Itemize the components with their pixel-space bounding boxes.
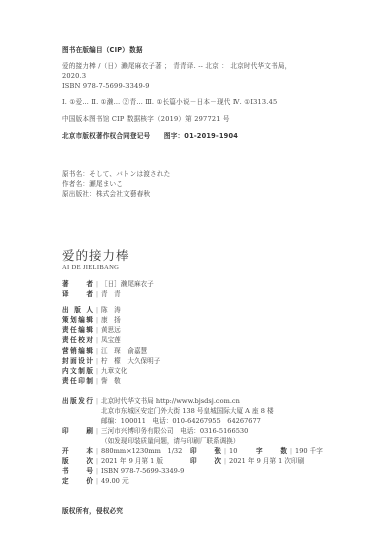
- publishing-line-1: 北京时代华文书局 http://www.bjsdsj.com.cn: [101, 397, 240, 405]
- printing-label: 印 刷: [62, 427, 93, 435]
- credit-value: 黄思远: [101, 326, 121, 334]
- credit-label: 营销编辑: [62, 347, 93, 355]
- credit-value: 康 扬: [101, 316, 121, 324]
- credit-value: 青 青: [101, 290, 121, 298]
- printing-line-1: 三河市兴博印务有限公司 电话：0316-5166530: [101, 427, 248, 435]
- credit-label: 责任编辑: [62, 326, 93, 334]
- spec-value: ISBN 978-7-5699-3349-9: [101, 467, 184, 475]
- credit-value: 江 琛 俞嘉慧: [101, 347, 147, 355]
- spec-impression: 印 次|2021 年 9 月第 1 次印刷: [190, 457, 304, 465]
- spec-value: 49.00 元: [101, 477, 129, 485]
- publishing-label: 出版发行: [62, 397, 93, 405]
- original-publisher: 原出版社：株式会社文藝春秋: [62, 190, 150, 198]
- credit-value: 九章文化: [101, 367, 127, 375]
- printing-info: 印 刷|三河市兴博印务有限公司 电话：0316-5166530: [62, 427, 248, 435]
- printing-line-2: （如发现印装质量问题，请与印刷厂联系调换）: [101, 437, 239, 445]
- credit-value: ［日］濑尾麻衣子: [101, 280, 154, 288]
- credit-label: 责任校对: [62, 336, 93, 344]
- credit-label: 著 者: [62, 280, 93, 288]
- credit-value: 凤宝莲: [101, 336, 121, 344]
- credit-label: 责任印制: [62, 377, 93, 385]
- credit-label: 内文制版: [62, 367, 93, 375]
- credit-label: 封面设计: [62, 357, 93, 365]
- spec-value: 190 千字: [295, 447, 323, 455]
- credit-typesetting: 内文制版|九章文化: [62, 367, 127, 375]
- spec-value: 2021 年 9 月第 1 次印刷: [229, 457, 304, 465]
- credit-responsible-editor: 责任编辑|黄思远: [62, 326, 121, 334]
- spec-words: 字 数|190 千字: [256, 447, 323, 455]
- credit-author: 著 者|［日］濑尾麻衣子: [62, 280, 154, 288]
- credit-label: 策划编辑: [62, 316, 93, 324]
- publishing-info: 出版发行|北京时代华文书局 http://www.bjsdsj.com.cn: [62, 397, 240, 405]
- cip-line-data-number: 中国版本图书馆 CIP 数据核字（2019）第 297721 号: [62, 115, 230, 123]
- credit-planning-editor: 策划编辑|康 扬: [62, 316, 121, 324]
- credit-value: 陈 涛: [101, 306, 121, 314]
- spec-label: 字 数: [256, 447, 287, 455]
- spec-label: 版 次: [62, 457, 93, 465]
- credit-label: 译 者: [62, 290, 93, 298]
- credit-marketing-editor: 营销编辑|江 琛 俞嘉慧: [62, 347, 147, 355]
- copyright-registration: 北京市版权著作权合同登记号 图字：01-2019-1904: [62, 132, 238, 140]
- publishing-line-2: 北京市东城区安定门外大街 138 号皇城国际大厦 A 座 8 楼: [101, 407, 274, 415]
- cip-line-classification: Ⅰ. ①爱… Ⅱ. ①濑… ②青… Ⅲ. ①长篇小说－日本－现代 Ⅳ. ①I31…: [62, 98, 277, 106]
- spec-isbn: 书 号|ISBN 978-7-5699-3349-9: [62, 467, 184, 475]
- spec-value: 2021 年 9 月第 1 版: [101, 457, 163, 465]
- credit-proofreader: 责任校对|凤宝莲: [62, 336, 121, 344]
- spec-sheets: 印 张|10: [190, 447, 237, 455]
- credit-printing-manager: 责任印制|訾 敬: [62, 377, 121, 385]
- cip-line-title: 爱的接力棒 /（日）濑尾麻衣子著 ； 青青译. -- 北京 ： 北京时代华文书局…: [62, 62, 291, 70]
- spec-label: 书 号: [62, 467, 93, 475]
- copyright-page: 图书在版编目（CIP）数据 爱的接力棒 /（日）濑尾麻衣子著 ； 青青译. --…: [0, 0, 375, 543]
- spec-label: 开 本: [62, 447, 93, 455]
- spec-value: 10: [229, 447, 237, 455]
- spec-label: 印 次: [190, 457, 221, 465]
- cip-line-isbn: ISBN 978-7-5699-3349-9: [62, 82, 150, 90]
- credit-label: 出版人: [62, 306, 93, 314]
- spec-price: 定 价|49.00 元: [62, 477, 129, 485]
- original-title: 原书名：そして、バトンは渡された: [62, 170, 170, 178]
- credit-translator: 译 者|青 青: [62, 290, 121, 298]
- credit-value: 柠 檬 大久保明子: [101, 357, 160, 365]
- spec-value: 880mm×1230mm 1/32: [101, 447, 182, 455]
- credit-cover-design: 封面设计|柠 檬 大久保明子: [62, 357, 160, 365]
- spec-label: 印 张: [190, 447, 221, 455]
- rights-notice: 版权所有，侵权必究: [62, 507, 123, 515]
- book-pinyin: AI DE JIELIBANG: [62, 264, 119, 271]
- cip-heading: 图书在版编目（CIP）数据: [62, 46, 143, 54]
- publishing-line-3: 邮编：100011 电话：010-64267955 64267677: [101, 417, 261, 425]
- original-author: 作者名：瀬尾まいこ: [62, 180, 123, 188]
- spec-edition: 版 次|2021 年 9 月第 1 版: [62, 457, 163, 465]
- spec-label: 定 价: [62, 477, 93, 485]
- cip-line-year: 2020.3: [62, 72, 86, 80]
- credit-publisher-person: 出版人|陈 涛: [62, 306, 121, 314]
- book-title: 爱的接力棒: [62, 246, 130, 264]
- credit-value: 訾 敬: [101, 377, 121, 385]
- spec-format: 开 本|880mm×1230mm 1/32: [62, 447, 182, 455]
